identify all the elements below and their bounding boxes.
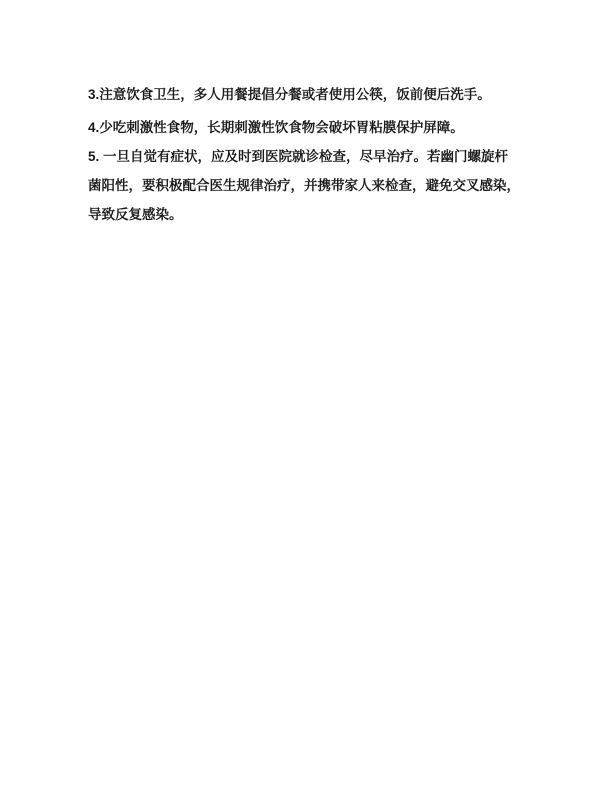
list-item-5-line-3: 导致反复感染。 — [88, 200, 518, 229]
list-item-5-line-2: 菌阳性，要积极配合医生规律治疗，并携带家人来检查，避免交叉感染， — [88, 171, 518, 200]
list-item-4: 4.少吃刺激性食物，长期刺激性饮食物会破坏胃粘膜保护屏障。 — [88, 113, 518, 142]
document-page: 3.注意饮食卫生，多人用餐提倡分餐或者使用公筷，饭前便后洗手。 4.少吃刺激性食… — [0, 0, 600, 797]
list-item-3: 3.注意饮食卫生，多人用餐提倡分餐或者使用公筷，饭前便后洗手。 — [88, 80, 518, 109]
list-item-5-line-1: 5. 一旦自觉有症状，应及时到医院就诊检查，尽早治疗。若幽门螺旋杆 — [88, 142, 518, 171]
document-text-block: 3.注意饮食卫生，多人用餐提倡分餐或者使用公筷，饭前便后洗手。 4.少吃刺激性食… — [88, 80, 518, 229]
